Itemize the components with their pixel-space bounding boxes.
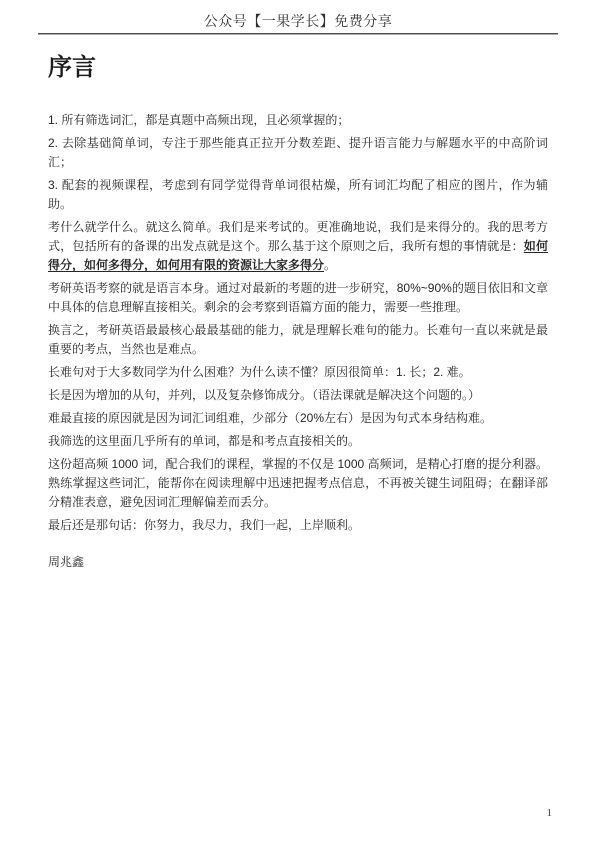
- paragraph-reason-long: 长是因为增加的从句，并列，以及复杂修饰成分。（语法课就是解决这个问题的。）: [48, 386, 548, 405]
- paragraph-why-difficult: 长难句对于大多数同学为什么困难？为什么读不懂？原因很简单：1. 长；2. 难。: [48, 363, 548, 382]
- header-rule: [38, 33, 558, 35]
- paragraph-exam-language: 考研英语考察的就是语言本身。通过对最新的考题的进一步研究，80%~90%的题目依…: [48, 279, 548, 317]
- paragraph-closing-motto: 最后还是那句话：你努力，我尽力，我们一起，上岸顺利。: [48, 516, 548, 535]
- list-item-1: 1. 所有筛选词汇，都是真题中高频出现，且必须掌握的；: [48, 111, 548, 130]
- paragraph-long-sentence-core: 换言之，考研英语最最核心最最基础的能力，就是理解长难句的能力。长难句一直以来就是…: [48, 321, 548, 359]
- key-paragraph-tail: 。: [324, 258, 336, 272]
- page-number: 1: [547, 807, 553, 820]
- header-rule-light-line: [38, 34, 558, 35]
- page-title: 序言: [48, 51, 548, 84]
- list-item-3: 3. 配套的视频课程，考虑到有同学觉得背单词很枯燥，所有词汇均配了相应的图片，作…: [48, 176, 548, 214]
- paragraph-1000-words: 这份超高频 1000 词，配合我们的课程，掌握的不仅是 1000 高频词，是精心…: [48, 455, 548, 512]
- list-item-2: 2. 去除基础简单词，专注于那些能真正拉开分数差距、提升语言能力与解题水平的中高…: [48, 134, 548, 172]
- document-page: 公众号【一果学长】免费分享 序言 1. 所有筛选词汇，都是真题中高频出现，且必须…: [0, 0, 596, 842]
- page-header: 公众号【一果学长】免费分享: [0, 0, 596, 35]
- document-body: 序言 1. 所有筛选词汇，都是真题中高频出现，且必须掌握的； 2. 去除基础简单…: [0, 51, 596, 572]
- paragraph-selection-relevance: 我筛选的这里面几乎所有的单词，都是和考点直接相关的。: [48, 432, 548, 451]
- author-signature: 周兆鑫: [48, 553, 548, 572]
- key-paragraph-lead: 考什么就学什么。就这么简单。我们是来考试的。更准确地说，我们是来得分的。我的思考…: [48, 220, 548, 253]
- header-banner-text: 公众号【一果学长】免费分享: [0, 13, 596, 33]
- paragraph-key-principle: 考什么就学什么。就这么简单。我们是来考试的。更准确地说，我们是来得分的。我的思考…: [48, 218, 548, 275]
- paragraph-reason-hard: 难最直接的原因就是因为词汇词组难，少部分（20%左右）是因为句式本身结构难。: [48, 409, 548, 428]
